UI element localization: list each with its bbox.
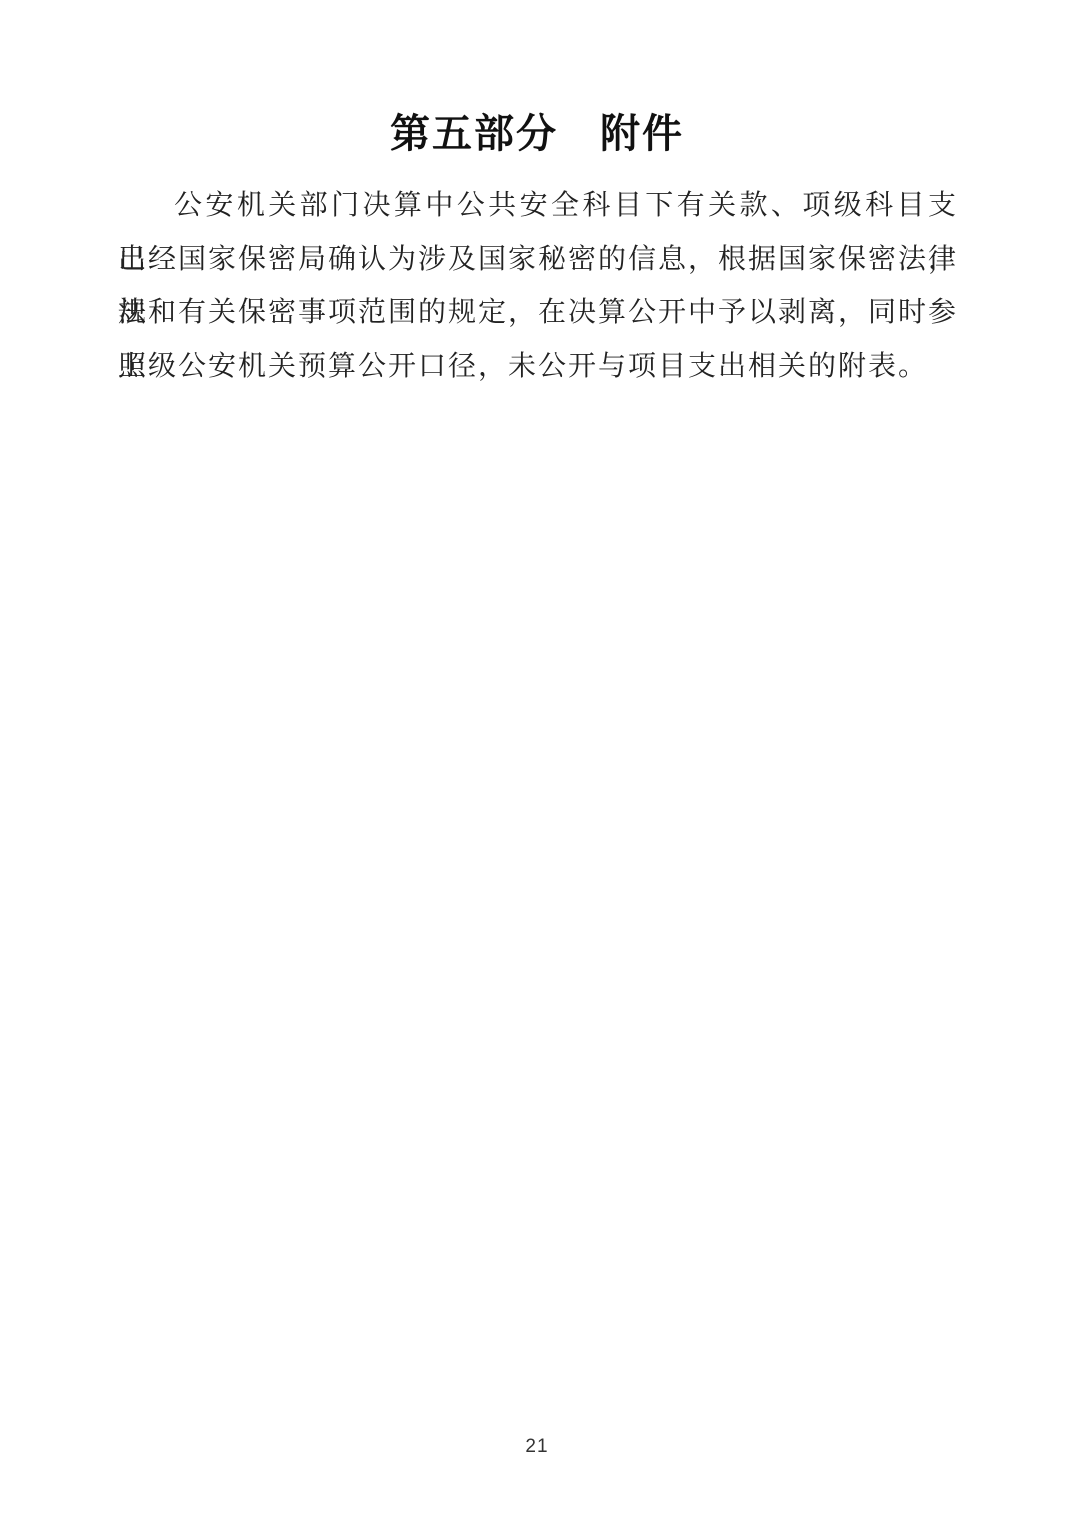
paragraph-line-4: 上级公安机关预算公开口径，未公开与项目支出相关的附表。 <box>118 339 958 393</box>
section-title: 第五部分 附件 <box>0 108 1074 160</box>
document-page: 第五部分 附件 公安机关部门决算中公共安全科目下有关款、项级科目支出， 已经国家… <box>0 0 1074 1520</box>
paragraph-line-1: 公安机关部门决算中公共安全科目下有关款、项级科目支出， <box>118 178 958 232</box>
paragraph-line-3: 规和有关保密事项范围的规定，在决算公开中予以剥离，同时参照 <box>118 285 958 339</box>
paragraph-line-2: 已经国家保密局确认为涉及国家秘密的信息，根据国家保密法律法 <box>118 232 958 286</box>
body-paragraph: 公安机关部门决算中公共安全科目下有关款、项级科目支出， 已经国家保密局确认为涉及… <box>118 178 958 392</box>
page-number: 21 <box>0 1436 1074 1458</box>
